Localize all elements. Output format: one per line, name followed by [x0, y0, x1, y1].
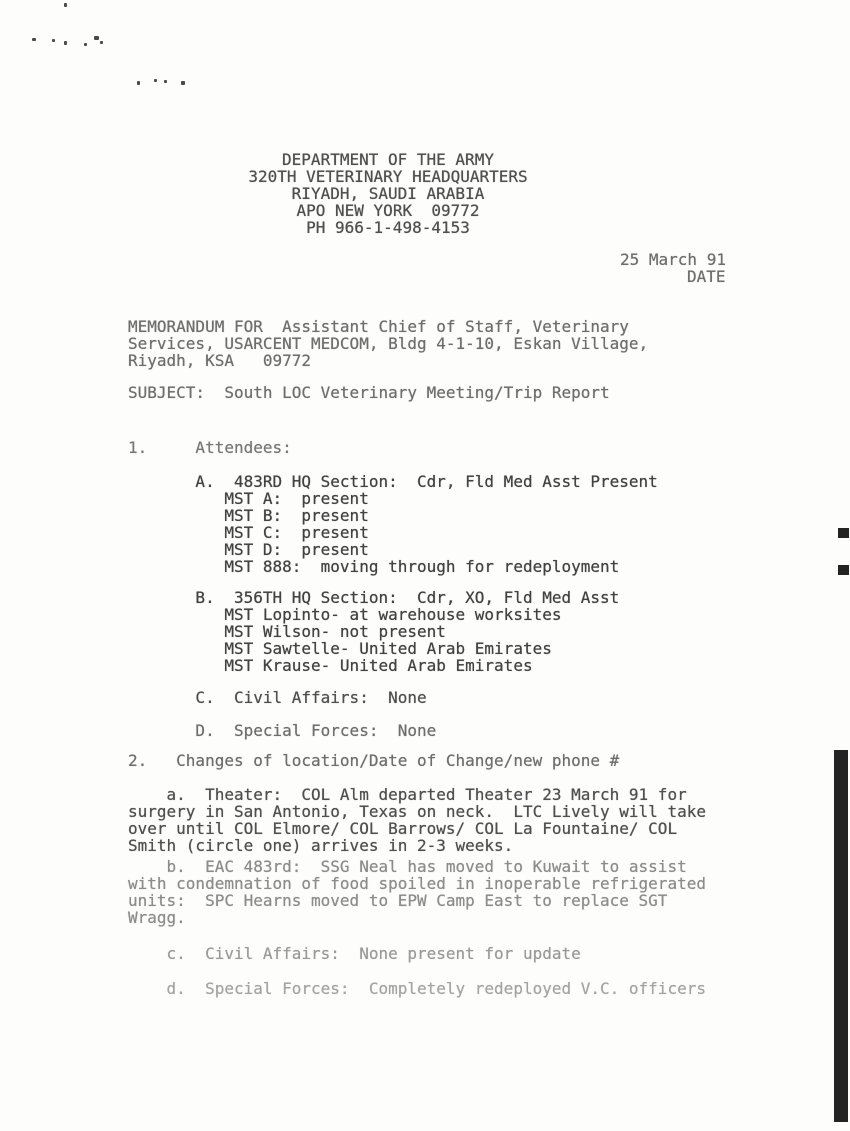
- para-civil-affairs-update: c. Civil Affairs: None present for updat…: [128, 945, 581, 962]
- memorandum-for-block: MEMORANDUM FOR Assistant Chief of Staff,…: [128, 318, 648, 369]
- ink-speckle: [32, 38, 36, 41]
- changes-heading: 2. Changes of location/Date of Change/ne…: [128, 752, 619, 769]
- attendees-356th-block: B. 356TH HQ Section: Cdr, XO, Fld Med As…: [128, 589, 619, 674]
- para-theater: a. Theater: COL Alm departed Theater 23 …: [128, 786, 706, 854]
- para-special-forces-redeployed: d. Special Forces: Completely redeployed…: [128, 980, 706, 997]
- ink-speckle: [100, 41, 103, 44]
- para-eac-483rd: b. EAC 483rd: SSG Neal has moved to Kuwa…: [128, 858, 706, 926]
- ink-speckle: [181, 81, 185, 85]
- scan-mark-bar: [834, 750, 848, 1122]
- special-forces-line: D. Special Forces: None: [128, 722, 436, 739]
- ink-speckle: [94, 36, 99, 40]
- date-label: DATE: [687, 268, 726, 285]
- ink-speckle: [64, 41, 67, 45]
- attendees-483rd-block: A. 483RD HQ Section: Cdr, Fld Med Asst P…: [128, 473, 658, 575]
- ink-speckle: [154, 79, 157, 82]
- scan-mark-square: [838, 528, 849, 538]
- scan-mark-square: [838, 565, 849, 575]
- date-value: 25 March 91: [620, 251, 726, 268]
- letterhead: DEPARTMENT OF THE ARMY 320TH VETERINARY …: [128, 151, 648, 236]
- attendees-heading: 1. Attendees:: [128, 439, 292, 456]
- ink-speckle: [52, 39, 55, 42]
- ink-speckle: [84, 43, 87, 46]
- subject-line: SUBJECT: South LOC Veterinary Meeting/Tr…: [128, 384, 610, 401]
- ink-speckle: [64, 3, 67, 7]
- civil-affairs-line: C. Civil Affairs: None: [128, 689, 427, 706]
- ink-speckle: [164, 80, 167, 83]
- document-page: DEPARTMENT OF THE ARMY 320TH VETERINARY …: [0, 0, 850, 1131]
- ink-speckle: [137, 81, 140, 85]
